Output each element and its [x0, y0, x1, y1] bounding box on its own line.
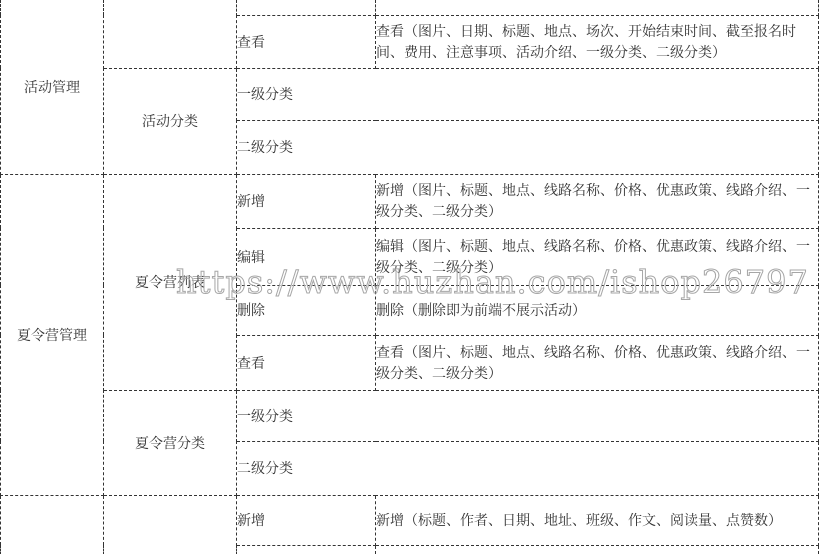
action-cell-camp-add: 新增 — [237, 174, 376, 228]
action-cell-cropped-top — [237, 0, 376, 15]
desc-cell-camp-add: 新增（图片、标题、地点、线路名称、价格、优惠政策、线路介绍、一级分类、二级分类） — [376, 174, 819, 228]
page-canvas: 活动管理 查看 查看（图片、日期、标题、地点、场次、开始结束时间、截至报名时间、… — [0, 0, 821, 554]
group-cell-camp-category: 夏令营分类 — [104, 390, 237, 495]
action-cell-activity-view: 查看 — [237, 15, 376, 68]
module-cell-activity: 活动管理 — [1, 0, 104, 174]
group-cell-camp-list: 夏令营列表 — [104, 174, 237, 390]
desc-cell-activity-view: 查看（图片、日期、标题、地点、场次、开始结束时间、截至报名时间、费用、注意事项、… — [376, 15, 819, 68]
desc-cell-camp-edit: 编辑（图片、标题、地点、线路名称、价格、优惠政策、线路介绍、一级分类、二级分类） — [376, 228, 819, 285]
desc-cell-camp-delete: 删除（删除即为前端不展示活动） — [376, 285, 819, 335]
module-cell-cropped-bottom — [1, 495, 104, 554]
action-cell-camp-cat1: 一级分类 — [237, 390, 819, 441]
action-cell-activity-cat1: 一级分类 — [237, 68, 819, 120]
desc-cell-cropped-top — [376, 0, 819, 15]
action-cell-camp-delete: 删除 — [237, 285, 376, 335]
group-cell-cropped-bottom — [104, 495, 237, 554]
feature-spec-table: 活动管理 查看 查看（图片、日期、标题、地点、场次、开始结束时间、截至报名时间、… — [0, 0, 819, 554]
action-cell-camp-edit: 编辑 — [237, 228, 376, 285]
desc-cell-cropped-bottom — [376, 545, 819, 554]
group-cell-activity-category: 活动分类 — [104, 68, 237, 174]
action-cell-camp-cat2: 二级分类 — [237, 441, 819, 495]
action-cell-activity-cat2: 二级分类 — [237, 120, 819, 174]
action-cell-camp-view: 查看 — [237, 335, 376, 390]
group-cell-cropped-top — [104, 0, 237, 68]
module-cell-summercamp: 夏令营管理 — [1, 174, 104, 495]
action-cell-bottom-add: 新增 — [237, 495, 376, 545]
desc-cell-camp-view: 查看（图片、标题、地点、线路名称、价格、优惠政策、线路介绍、一级分类、二级分类） — [376, 335, 819, 390]
action-cell-cropped-bottom — [237, 545, 376, 554]
desc-cell-bottom-add: 新增（标题、作者、日期、地址、班级、作文、阅读量、点赞数） — [376, 495, 819, 545]
